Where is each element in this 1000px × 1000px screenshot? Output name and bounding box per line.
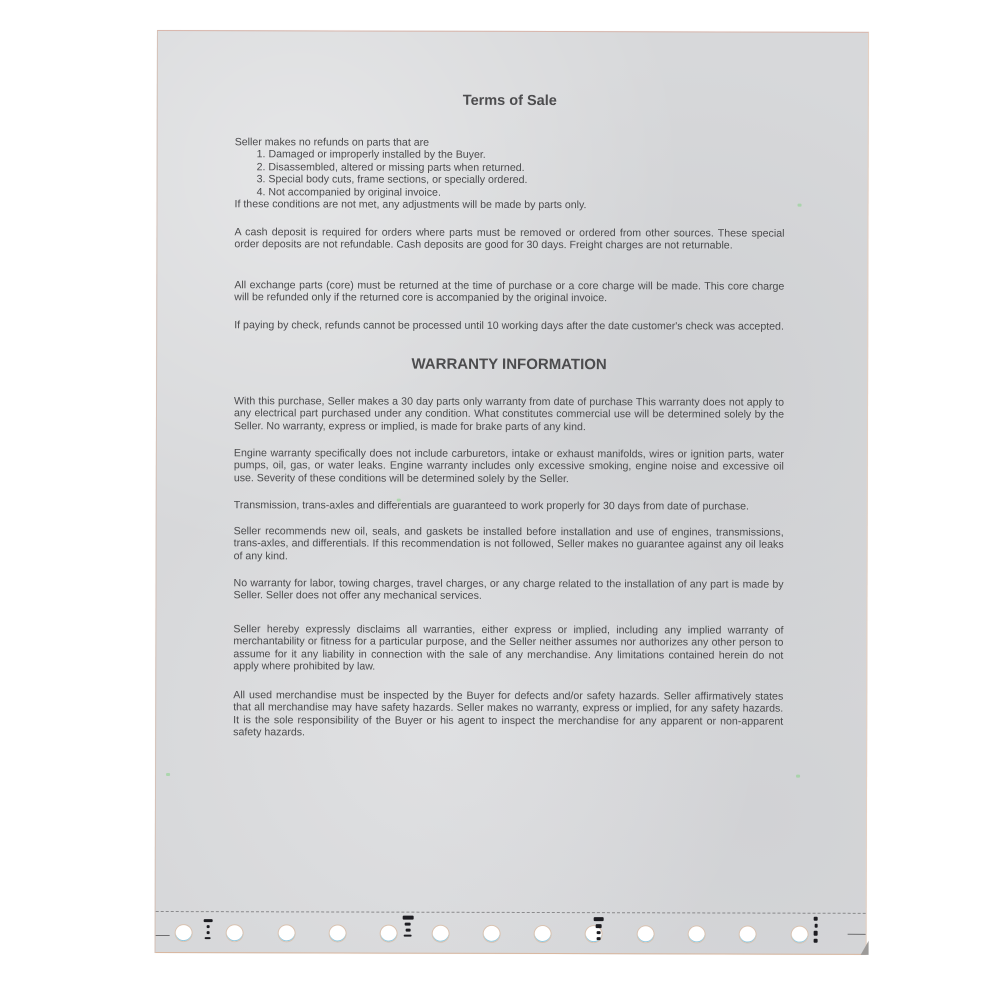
cash-deposit-paragraph: A cash deposit is required for orders wh…	[234, 226, 784, 252]
tractor-feed-hole	[278, 925, 294, 941]
warranty-paragraph-transmission: Transmission, trans-axles and differenti…	[234, 499, 784, 513]
tractor-feed-hole	[637, 926, 653, 942]
tractor-feed-hole	[791, 927, 807, 943]
tractor-feed-hole	[330, 925, 346, 941]
document-content: Terms of Sale Seller makes no refunds on…	[235, 31, 785, 32]
refund-outro: If these conditions are not met, any adj…	[235, 198, 785, 212]
refund-conditions-list: 1. Damaged or improperly installed by th…	[235, 149, 785, 200]
refund-condition-item: 1. Damaged or improperly installed by th…	[257, 149, 785, 163]
ink-speck	[796, 775, 800, 778]
strip-lead-line	[156, 935, 170, 936]
tear-perforation-line	[156, 911, 866, 914]
torn-corner	[861, 941, 869, 955]
tractor-feed-hole	[227, 925, 243, 941]
warranty-paragraph-labor: No warranty for labor, towing charges, t…	[234, 577, 784, 603]
refund-policy-block: Seller makes no refunds on parts that ar…	[235, 136, 785, 212]
tractor-feed-holes	[158, 31, 868, 33]
warranty-paragraph-30-day: With this purchase, Seller makes a 30 da…	[234, 395, 784, 434]
warranty-paragraph-disclaimer: Seller hereby expressly disclaims all wa…	[233, 623, 783, 674]
tractor-feed-hole	[535, 926, 551, 942]
tractor-feed-hole	[176, 925, 192, 941]
ink-speck	[166, 773, 170, 776]
sheet-bottom-edge	[156, 952, 866, 955]
tractor-feed-hole	[432, 926, 448, 942]
registration-mark	[593, 917, 605, 940]
terms-of-sale-title: Terms of Sale	[235, 94, 785, 108]
tractor-feed-hole	[689, 926, 705, 942]
tractor-feed-hole	[740, 927, 756, 943]
tractor-feed-hole	[483, 926, 499, 942]
warranty-information-title: WARRANTY INFORMATION	[234, 358, 784, 372]
strip-lead-line	[848, 934, 866, 935]
core-exchange-paragraph: All exchange parts (core) must be return…	[234, 279, 784, 305]
registration-mark	[402, 916, 414, 937]
registration-mark	[202, 919, 214, 939]
ink-speck	[397, 499, 401, 502]
ink-speck	[798, 204, 802, 207]
registration-mark	[810, 917, 822, 943]
warranty-paragraph-seals: Seller recommends new oil, seals, and ga…	[234, 525, 784, 564]
check-refund-paragraph: If paying by check, refunds cannot be pr…	[234, 319, 784, 333]
refund-condition-item: 3. Special body cuts, frame sections, or…	[257, 173, 785, 187]
warranty-paragraph-used-merchandise: All used merchandise must be inspected b…	[233, 689, 783, 740]
warranty-paragraph-engine: Engine warranty specifically does not in…	[234, 447, 784, 486]
tractor-feed-hole	[381, 926, 397, 942]
photo-scene: Terms of Sale Seller makes no refunds on…	[0, 0, 1000, 1000]
terms-of-sale-sheet: Terms of Sale Seller makes no refunds on…	[155, 30, 869, 955]
